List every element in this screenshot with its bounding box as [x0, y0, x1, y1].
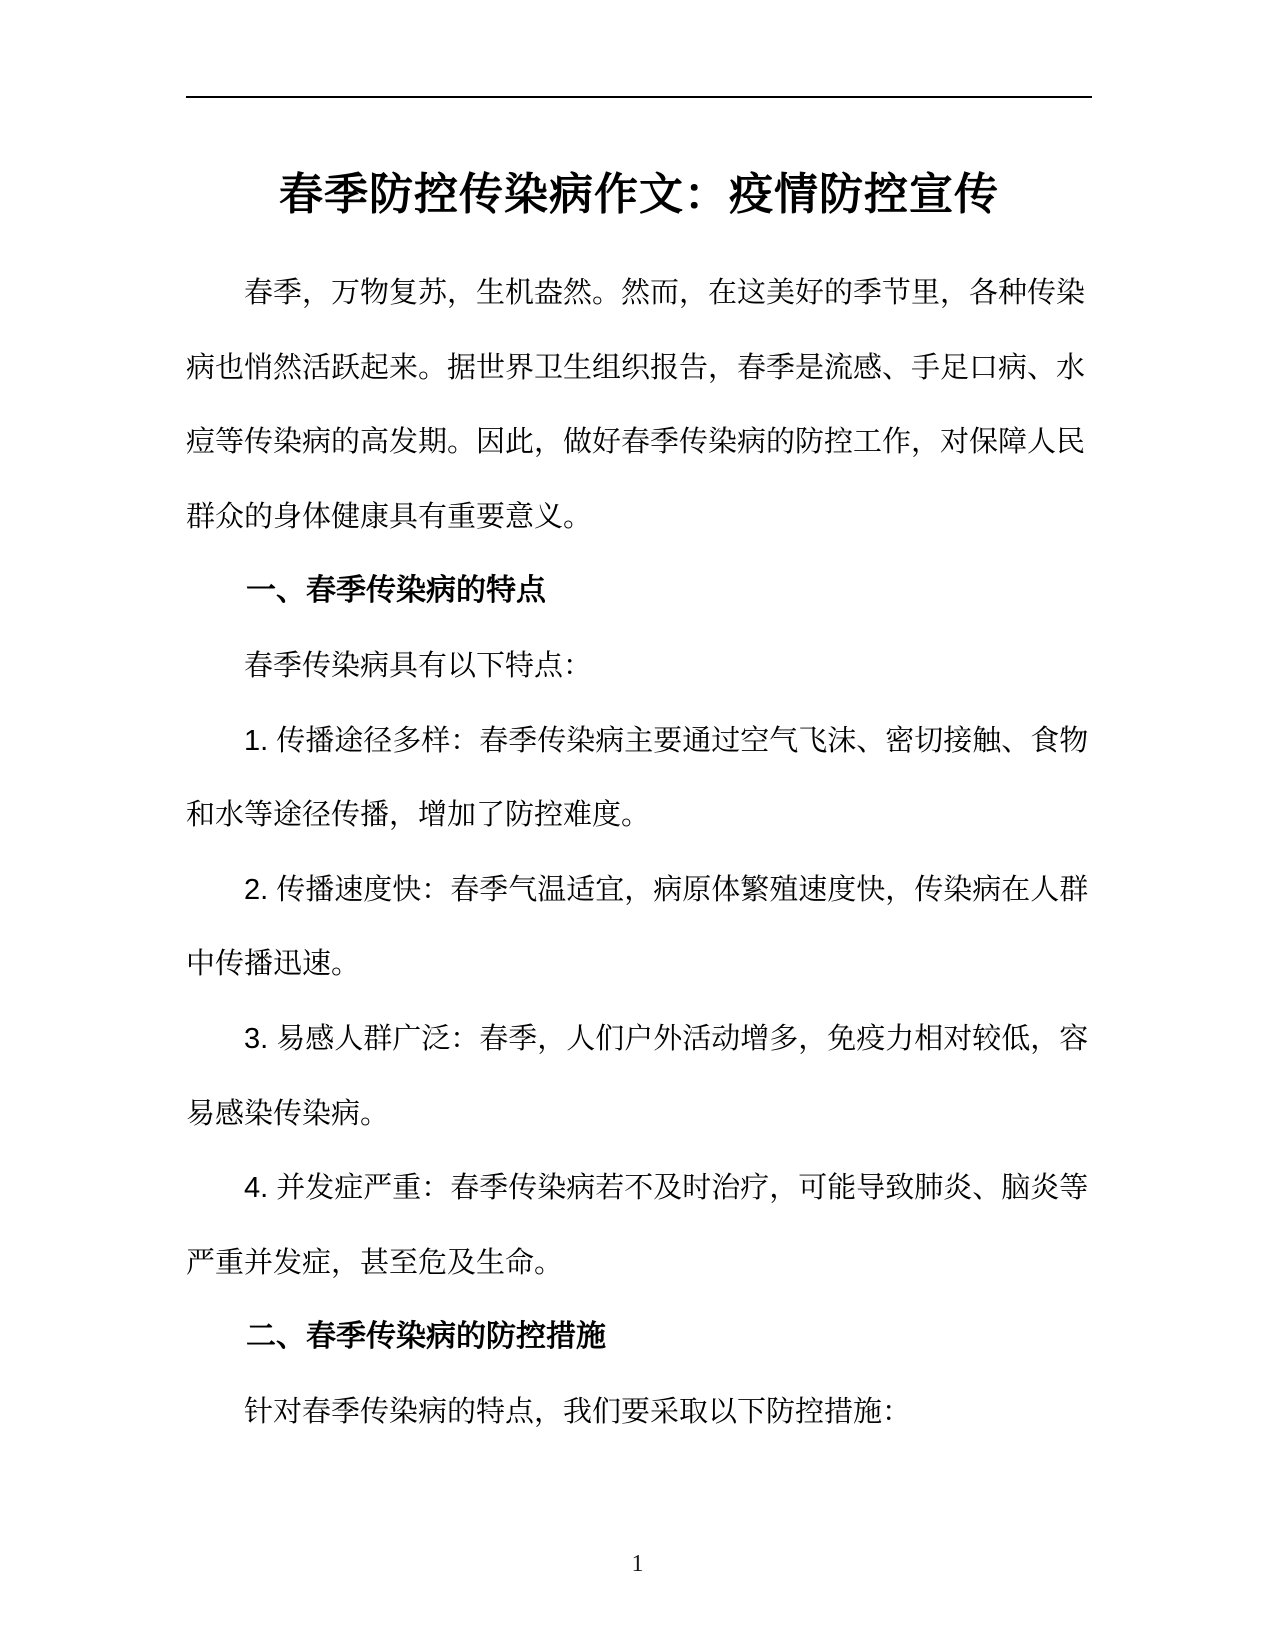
- section-heading-2: 二、春季传染病的防控措施: [186, 1300, 1092, 1375]
- features-lead-paragraph: 春季传染病具有以下特点：: [186, 629, 1092, 704]
- feature-item-2: 2. 传播速度快：春季气温适宜，病原体繁殖速度快，传染病在人群中传播迅速。: [186, 853, 1092, 1002]
- document-body: 春季防控传染病作文：疫情防控宣传 春季，万物复苏，生机盎然。然而，在这美好的季节…: [186, 0, 1092, 1450]
- feature-item-1: 1. 传播途径多样：春季传染病主要通过空气飞沫、密切接触、食物和水等途径传播，增…: [186, 704, 1092, 853]
- section-heading-1: 一、春季传染病的特点: [186, 554, 1092, 629]
- document-title: 春季防控传染病作文：疫情防控宣传: [186, 0, 1092, 230]
- feature-item-3: 3. 易感人群广泛：春季，人们户外活动增多，免疫力相对较低，容易感染传染病。: [186, 1002, 1092, 1151]
- feature-item-4: 4. 并发症严重：春季传染病若不及时治疗，可能导致肺炎、脑炎等严重并发症，甚至危…: [186, 1151, 1092, 1300]
- measures-lead-paragraph: 针对春季传染病的特点，我们要采取以下防控措施：: [186, 1375, 1092, 1450]
- page-number: 1: [0, 1544, 1275, 1584]
- intro-paragraph: 春季，万物复苏，生机盎然。然而，在这美好的季节里，各种传染病也悄然活跃起来。据世…: [186, 256, 1092, 554]
- document-page: 春季防控传染病作文：疫情防控宣传 春季，万物复苏，生机盎然。然而，在这美好的季节…: [0, 0, 1275, 1650]
